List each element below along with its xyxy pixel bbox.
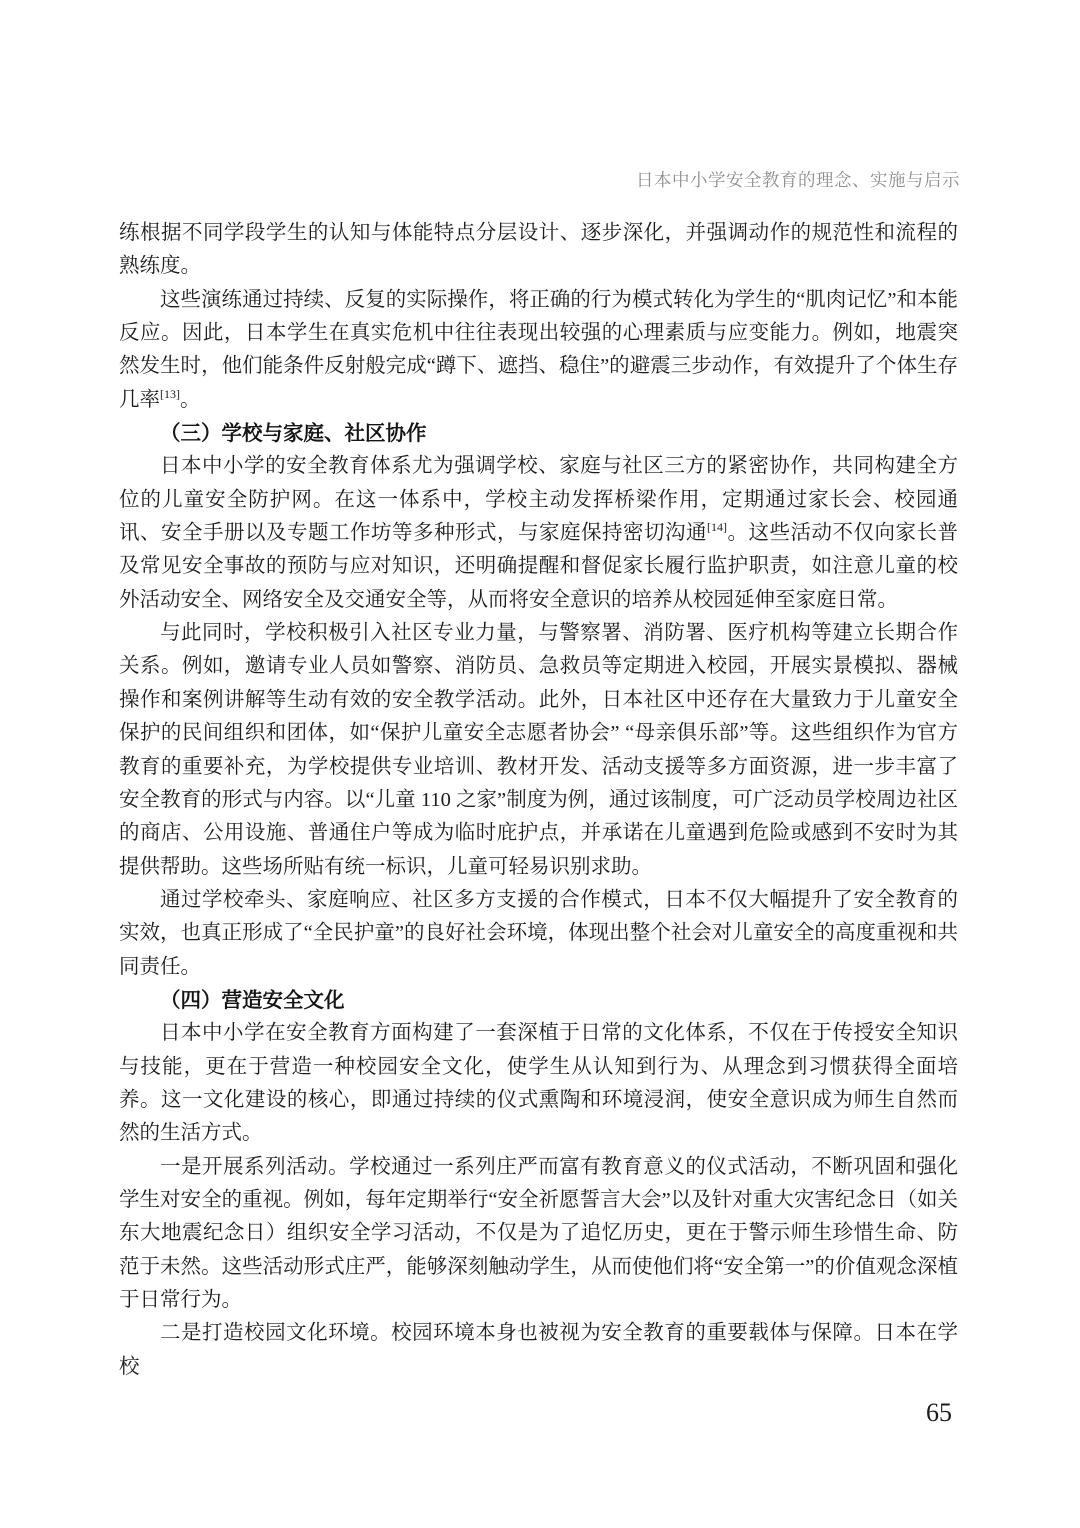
paragraph: 练根据不同学段学生的认知与体能特点分层设计、逐步深化，并强调动作的规范性和流程的… [119,217,958,284]
paragraph: 二是打造校园文化环境。校园环境本身也被视为安全教育的重要载体与保障。日本在学校 [119,1317,958,1384]
paragraph: 这些演练通过持续、反复的实际操作，将正确的行为模式转化为学生的“肌肉记忆”和本能… [119,284,958,417]
paragraph: 一是开展系列活动。学校通过一系列庄严而富有教育意义的仪式活动，不断巩固和强化学生… [119,1151,958,1318]
section-heading: （三）学校与家庭、社区协作 [119,417,958,450]
body-text: 练根据不同学段学生的认知与体能特点分层设计、逐步深化，并强调动作的规范性和流程的… [119,217,958,1384]
footnote-reference: [14] [707,520,727,534]
running-header: 日本中小学安全教育的理念、实施与启示 [636,167,960,192]
paragraph: 通过学校牵头、家庭响应、社区多方支援的合作模式，日本不仅大幅提升了安全教育的实效… [119,884,958,984]
paragraph: 日本中小学在安全教育方面构建了一套深植于日常的文化体系，不仅在于传授安全知识与技… [119,1017,958,1150]
paragraph: 日本中小学的安全教育体系尤为强调学校、家庭与社区三方的紧密协作，共同构建全方位的… [119,450,958,617]
footnote-reference: [13] [160,387,180,401]
paragraph: 与此同时，学校积极引入社区专业力量，与警察署、消防署、医疗机构等建立长期合作关系… [119,617,958,884]
section-heading: （四）营造安全文化 [119,984,958,1017]
document-page: 日本中小学安全教育的理念、实施与启示 练根据不同学段学生的认知与体能特点分层设计… [0,0,1080,1528]
page-number: 65 [926,1398,952,1428]
